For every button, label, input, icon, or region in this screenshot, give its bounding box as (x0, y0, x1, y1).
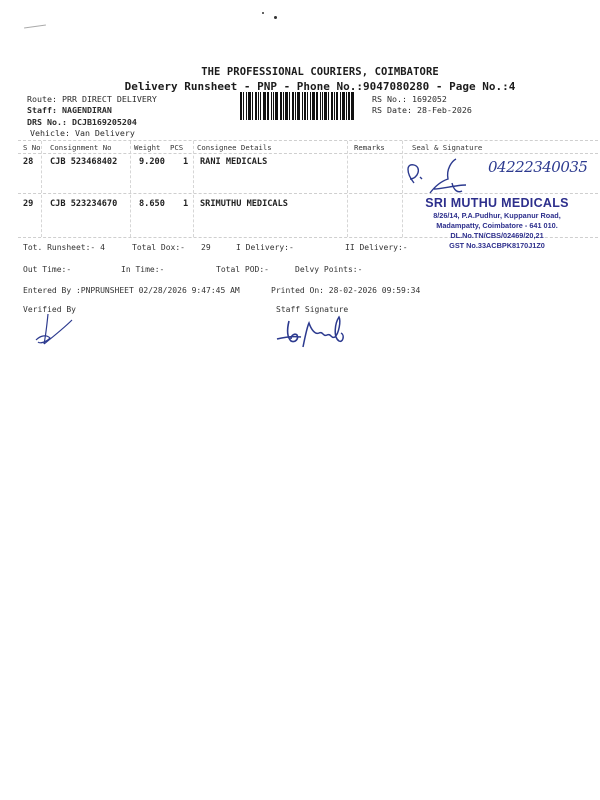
stray-mark (24, 24, 46, 28)
stamp-address-1: 8/26/14, P.A.Pudhur, Kuppanur Road, (402, 211, 592, 220)
printed-on: Printed On: 28-02-2026 09:59:34 (271, 286, 420, 295)
total-runsheet: Tot. Runsheet:- 4 (23, 243, 105, 252)
table-header-rule (18, 153, 598, 154)
handwritten-signature-icon (400, 155, 470, 200)
company-title: THE PROFESSIONAL COURIERS, COIMBATORE (0, 66, 600, 78)
row-consignment-no: CJB 523234670 (50, 199, 117, 209)
out-time: Out Time:- (23, 265, 71, 274)
row-weight: 8.650 (139, 199, 165, 209)
handwritten-phone: 04222340035 (488, 158, 587, 176)
row-pcs: 1 (183, 157, 188, 167)
staff-signature-icon (275, 313, 355, 353)
col-divider (130, 141, 131, 237)
col-divider (193, 141, 194, 237)
col-divider (347, 141, 348, 237)
table-top-rule (18, 140, 598, 141)
route-label: Route: PRR DIRECT DELIVERY (27, 94, 157, 104)
in-time: In Time:- (121, 265, 164, 274)
row-consignment-no: CJB 523468402 (50, 157, 117, 167)
stamp-address-2: Madampatty, Coimbatore - 641 010. (402, 221, 592, 230)
staff-label: Staff: NAGENDIRAN (27, 105, 112, 115)
stamp-gst-number: GST No.33ACBPK8170J1Z0 (402, 241, 592, 250)
total-dox-label: Total Dox:- (132, 243, 185, 252)
col-header-remarks: Remarks (354, 143, 385, 152)
entered-by: Entered By :PNPRUNSHEET 02/28/2026 9:47:… (23, 286, 240, 295)
second-delivery: II Delivery:- (345, 243, 408, 252)
total-pod: Total POD:- (216, 265, 269, 274)
stamp-name: SRI MUTHU MEDICALS (402, 196, 592, 210)
drs-number: DRS No.: DCJB169205204 (27, 117, 137, 127)
col-header-pcs: PCS (170, 143, 183, 152)
first-delivery: I Delivery:- (236, 243, 294, 252)
barcode (240, 92, 370, 120)
rs-date: RS Date: 28-Feb-2026 (372, 105, 472, 115)
verifier-signature-icon (30, 312, 75, 347)
stamp-dl-number: DL.No.TN/CBS/02469/20,21 (402, 231, 592, 240)
row-sno: 28 (23, 157, 33, 167)
row-pcs: 1 (183, 199, 188, 209)
rs-number: RS No.: 1692052 (372, 94, 447, 104)
row-consignee: SRIMUTHU MEDICALS (200, 199, 288, 209)
col-header-weight: Weight (134, 143, 160, 152)
col-header-consignee: Consignee Details (197, 143, 272, 152)
scan-speck (274, 16, 277, 19)
row-divider (18, 193, 598, 194)
col-header-seal: Seal & Signature (412, 143, 482, 152)
row-consignee: RANI MEDICALS (200, 157, 267, 167)
col-header-sno: S No (23, 143, 41, 152)
scan-speck (262, 12, 264, 14)
total-dox-value: 29 (201, 243, 211, 252)
col-divider (41, 141, 42, 237)
row-sno: 29 (23, 199, 33, 209)
row-weight: 9.200 (139, 157, 165, 167)
col-header-consignment: Consignment No (50, 143, 112, 152)
vehicle-label: Vehicle: Van Delivery (30, 128, 135, 138)
delivery-points: Delvy Points:- (295, 265, 362, 274)
